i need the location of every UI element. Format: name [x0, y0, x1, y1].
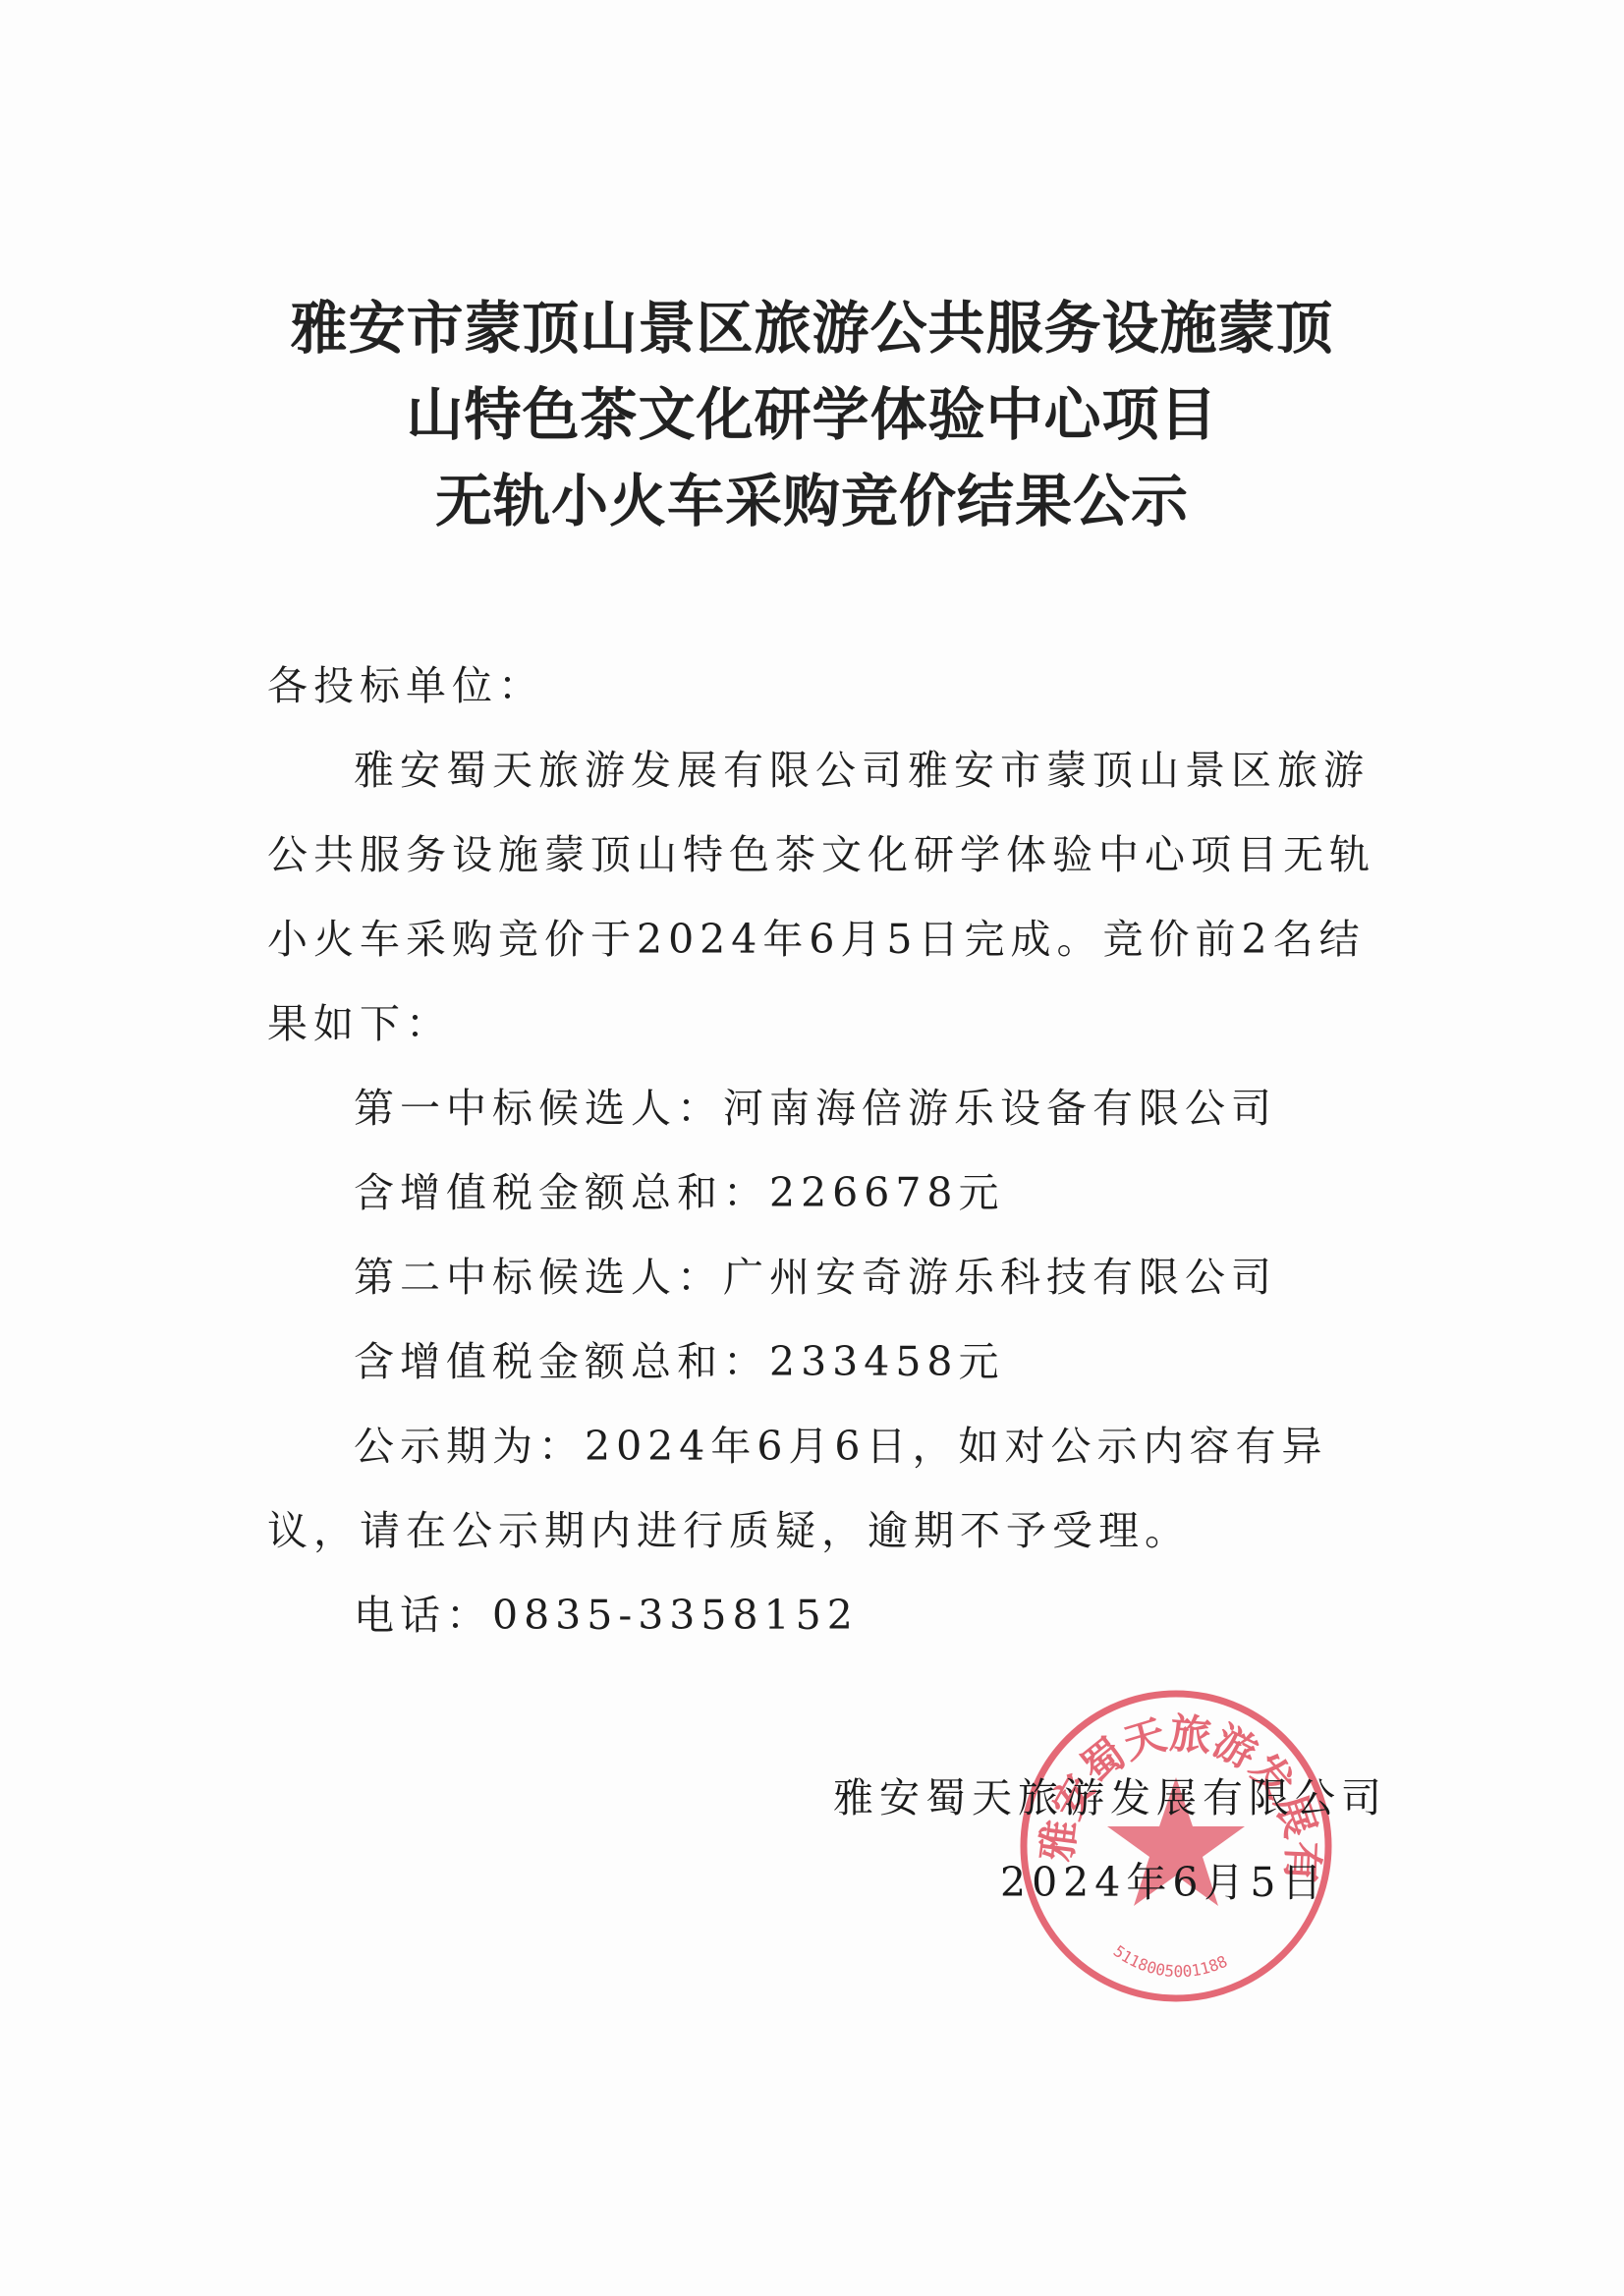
intro-paragraph: 雅安蜀天旅游发展有限公司雅安市蒙顶山景区旅游公共服务设施蒙顶山特色茶文化研学体验…	[267, 728, 1387, 1066]
candidate-1: 第一中标候选人：河南海倍游乐设备有限公司	[267, 1066, 1387, 1150]
candidate-2-name: 广州安奇游乐科技有限公司	[723, 1254, 1277, 1301]
candidate-2-amount: 233458元	[769, 1338, 1005, 1385]
signature-block: 雅安蜀天旅游发展有限公司 2024年6月5日	[833, 1756, 1387, 1925]
title-line-3: 无轨小火车采购竞价结果公示	[0, 458, 1624, 544]
candidate-2-label: 第二中标候选人：	[354, 1254, 723, 1301]
candidate-1-amount: 226678元	[769, 1169, 1005, 1216]
svg-text:5118005001188: 5118005001188	[1110, 1941, 1230, 1981]
signature-date: 2024年6月5日	[833, 1840, 1387, 1925]
candidate-1-amount-label: 含增值税金额总和：	[354, 1169, 769, 1216]
candidate-2-amount-label: 含增值税金额总和：	[354, 1338, 769, 1385]
candidate-2: 第二中标候选人：广州安奇游乐科技有限公司	[267, 1235, 1387, 1319]
stamp-number: 5118005001188	[1110, 1941, 1230, 1981]
document-body: 各投标单位： 雅安蜀天旅游发展有限公司雅安市蒙顶山景区旅游公共服务设施蒙顶山特色…	[267, 644, 1387, 1657]
candidate-2-amount-line: 含增值税金额总和：233458元	[267, 1319, 1387, 1404]
document-page: 雅安市蒙顶山景区旅游公共服务设施蒙顶 山特色茶文化研学体验中心项目 无轨小火车采…	[0, 0, 1624, 2296]
candidate-1-label: 第一中标候选人：	[354, 1085, 723, 1132]
candidate-1-amount-line: 含增值税金额总和：226678元	[267, 1150, 1387, 1235]
notice-period: 公示期为：2024年6月6日，如对公示内容有异议，请在公示期内进行质疑，逾期不予…	[267, 1404, 1387, 1573]
phone: 电话：0835-3358152	[267, 1573, 1387, 1657]
document-title: 雅安市蒙顶山景区旅游公共服务设施蒙顶 山特色茶文化研学体验中心项目 无轨小火车采…	[0, 285, 1624, 544]
title-line-1: 雅安市蒙顶山景区旅游公共服务设施蒙顶	[0, 285, 1624, 371]
title-line-2: 山特色茶文化研学体验中心项目	[0, 371, 1624, 458]
candidate-1-name: 河南海倍游乐设备有限公司	[723, 1085, 1277, 1132]
salutation: 各投标单位：	[267, 644, 1387, 728]
signature-company: 雅安蜀天旅游发展有限公司	[833, 1774, 1387, 1821]
